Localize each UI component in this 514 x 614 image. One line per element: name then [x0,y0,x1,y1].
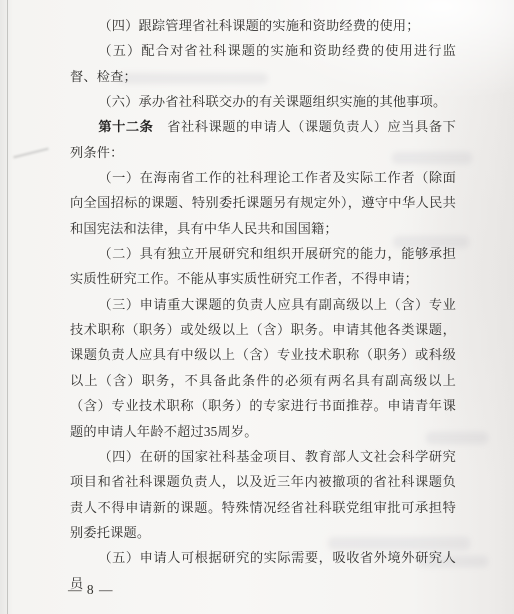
page-number: — 8 — [68,582,114,598]
condition-item-1: （一）在海南省工作的社科理论工作者及实际工作者（除面向全国招标的课题、特别委托课… [70,165,456,241]
article-12-paragraph: 第十二条 省社科课题的申请人（课题负责人）应当具备下列条件： [70,114,456,165]
scan-edge-line [7,0,8,614]
document-body: （四）跟踪管理省社科课题的实施和资助经费的使用； （五）配合对省社科课题的实施和… [70,13,456,596]
condition-item-2: （二）具有独立开展研究和组织开展研究的能力，能够承担实质性研究工作。不能从事实质… [70,241,456,292]
condition-item-5: （五）申请人可根据研究的实际需要，吸收省外境外研究人员 [70,545,456,596]
condition-item-3: （三）申请重大课题的负责人应具有副高级以上（含）专业技术职称（职务）或处级以上（… [70,292,456,444]
clause-item-4: （四）跟踪管理省社科课题的实施和资助经费的使用； [70,13,456,38]
article-12-number: 第十二条 [98,119,153,134]
scan-scratch-artifact [13,148,48,159]
clause-item-5: （五）配合对省社科课题的实施和资助经费的使用进行监督、检查； [70,38,456,89]
condition-item-4: （四）在研的国家社科基金项目、教育部人文社会科学研究项目和省社科课题负责人，以及… [70,444,456,545]
clause-item-6: （六）承办省社科联交办的有关课题组织实施的其他事项。 [70,89,456,114]
scanned-document-page: （四）跟踪管理省社科课题的实施和资助经费的使用； （五）配合对省社科课题的实施和… [0,0,514,614]
